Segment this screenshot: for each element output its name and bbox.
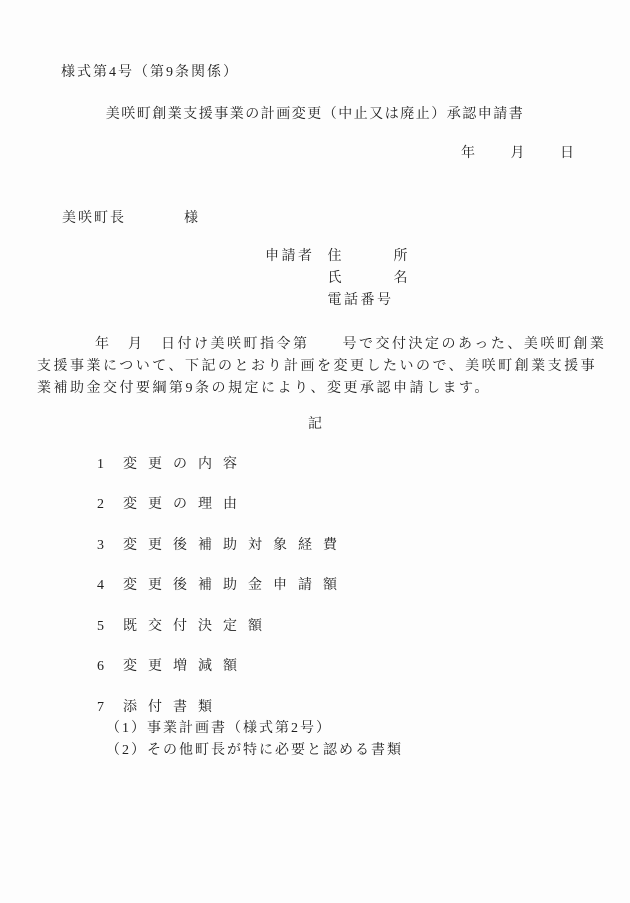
list-item-4: 4 変更後補助金申請額	[97, 577, 348, 596]
addressee-honorific: 様	[184, 211, 200, 226]
body-line-3: 業補助金交付要綱第9条の規定により、変更承認申請します。	[37, 378, 599, 400]
list-item-7: 7 添付書類	[97, 699, 223, 718]
item-3-number: 3	[97, 537, 123, 556]
date-line: 年 月 日	[461, 145, 577, 164]
list-item-3: 3 変更後補助対象経費	[97, 537, 348, 556]
document-page: 様式第4号（第9条関係） 美咲町創業支援事業の計画変更（中止又は廃止）承認申請書…	[0, 0, 630, 903]
item-4-text: 変更後補助金申請額	[123, 577, 348, 596]
item-4-number: 4	[97, 577, 123, 596]
item-2-text: 変更の理由	[123, 496, 248, 515]
list-item-6: 6 変更増減額	[97, 658, 248, 677]
applicant-name-label: 氏 名	[328, 270, 411, 292]
item-6-number: 6	[97, 658, 123, 677]
item-2-number: 2	[97, 496, 123, 515]
list-item-2: 2 変更の理由	[97, 496, 248, 515]
list-item-1: 1 変更の内容	[97, 456, 248, 475]
attachment-item-2: （2）その他町長が特に必要と認める書類	[106, 742, 403, 761]
section-marker-ki: 記	[0, 416, 630, 435]
addressee-name: 美咲町長	[62, 211, 126, 226]
applicant-address-label: 住 所	[328, 248, 411, 270]
applicant-block: 申請者 住 所 氏 名 電話番号	[265, 248, 410, 314]
applicant-fields: 住 所 氏 名 電話番号	[328, 248, 411, 314]
document-title: 美咲町創業支援事業の計画変更（中止又は廃止）承認申請書	[0, 106, 630, 125]
item-6-text: 変更増減額	[123, 658, 248, 677]
item-5-text: 既交付決定額	[123, 618, 273, 637]
item-1-text: 変更の内容	[123, 456, 248, 475]
applicant-phone-label: 電話番号	[328, 292, 411, 314]
body-paragraph: 年 月 日付け美咲町指令第 号で交付決定のあった、美咲町創業 支援事業について、…	[37, 334, 599, 399]
applicant-label: 申請者	[265, 248, 315, 314]
body-line-1: 年 月 日付け美咲町指令第 号で交付決定のあった、美咲町創業	[37, 334, 599, 356]
item-5-number: 5	[97, 618, 123, 637]
body-line-2: 支援事業について、下記のとおり計画を変更したいので、美咲町創業支援事	[37, 356, 599, 378]
item-3-text: 変更後補助対象経費	[123, 537, 348, 556]
item-7-text: 添付書類	[123, 699, 223, 718]
form-number: 様式第4号（第9条関係）	[61, 64, 239, 83]
item-7-number: 7	[97, 699, 123, 718]
item-1-number: 1	[97, 456, 123, 475]
attachment-item-1: （1）事業計画書（様式第2号）	[106, 720, 332, 739]
addressee-line: 美咲町長様	[62, 210, 200, 229]
list-item-5: 5 既交付決定額	[97, 618, 273, 637]
